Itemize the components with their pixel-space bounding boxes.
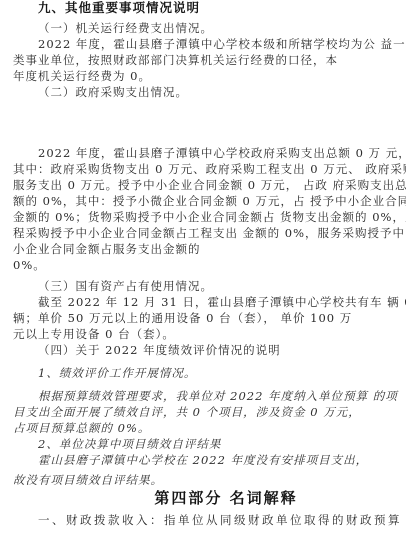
text-line: 金额的 0%；货物采购授予中小企业合同金额占 货物支出金额的 0%，工 [13, 209, 391, 225]
subheading-state-owned-assets: （三）国有资产占有使用情况。 [13, 278, 391, 294]
text-line: 2022 年度，霍山县磨子潭镇中心学校本级和所辖学校均为公 益一 [13, 36, 391, 52]
text-line: 霍山县磨子潭镇中心学校在 2022 年度没有安排项目支出， [13, 452, 391, 468]
subheading-performance-evaluation: （四）关于 2022 年度绩效评价情况的说明 [13, 342, 391, 358]
text-line: 额的 0%，其中：授予小微企业合同金额 0 万元，占 授予中小企业合同 [13, 193, 391, 209]
section-heading-other-important-matters: 九、其他重要事项情况说明 [13, 0, 391, 16]
document-body: 九、其他重要事项情况说明（一）机关运行经费支出情况。2022 年度，霍山县磨子潭… [13, 0, 391, 528]
document-page: 九、其他重要事项情况说明（一）机关运行经费支出情况。2022 年度，霍山县磨子潭… [0, 0, 406, 552]
text-line: 截至 2022 年 12 月 31 日，霍山县磨子潭镇中心学校共有车 辆 0 [13, 294, 391, 310]
subheading-performance-work: 1、绩效评价工作开展情况。 [13, 365, 391, 381]
text-line: 其中：政府采购货物支出 0 万元、政府采购工程支出 0 万元、 政府采购 [13, 161, 391, 177]
text-line: 程采购授予中小企业合同金额占工程支出 金额的 0%，服务采购授予中 [13, 225, 391, 241]
text-line: 占项目预算总额的 0%。 [13, 420, 391, 436]
text-line: 元以上专用设备 0 台（套）。 [13, 326, 391, 342]
text-line: 根据预算绩效管理要求，我单位对 2022 年度纳入单位预算 的项 [13, 388, 391, 404]
text-line: 故没有项目绩效自评结果。 [13, 472, 391, 488]
text-line: 辆；单价 50 万元以上的通用设备 0 台（套）， 单价 100 万 [13, 310, 391, 326]
subheading-agency-operating-expense: （一）机关运行经费支出情况。 [13, 20, 391, 36]
text-line: 目支出全面开展了绩效自评，共 0 个项目，涉及资金 0 万元， [13, 404, 391, 420]
text-line: 0%。 [13, 257, 391, 273]
text-line: 服务支出 0 万元。授予中小企业合同金额 0 万元， 占政 府采购支出总 [13, 177, 391, 193]
term-fiscal-appropriation-income: 一、财政拨款收入：指单位从同级财政单位取得的财政预算 [13, 512, 391, 528]
subheading-self-evaluation-result: 2、单位决算中项目绩效自评结果 [13, 436, 391, 452]
text-line: 年度机关运行经费为 0。 [13, 68, 391, 84]
part-heading-glossary: 第四部分 名词解释 [13, 488, 391, 508]
text-line: 类事业单位，按照财政部部门决算机关运行经费的口径，本 [13, 52, 391, 68]
text-line: 2022 年度，霍山县磨子潭镇中心学校政府采购支出总额 0 万 元， [13, 145, 391, 161]
text-line: 小企业合同金额占服务支出金额的 [13, 241, 391, 257]
subheading-government-procurement: （二）政府采购支出情况。 [13, 84, 391, 100]
